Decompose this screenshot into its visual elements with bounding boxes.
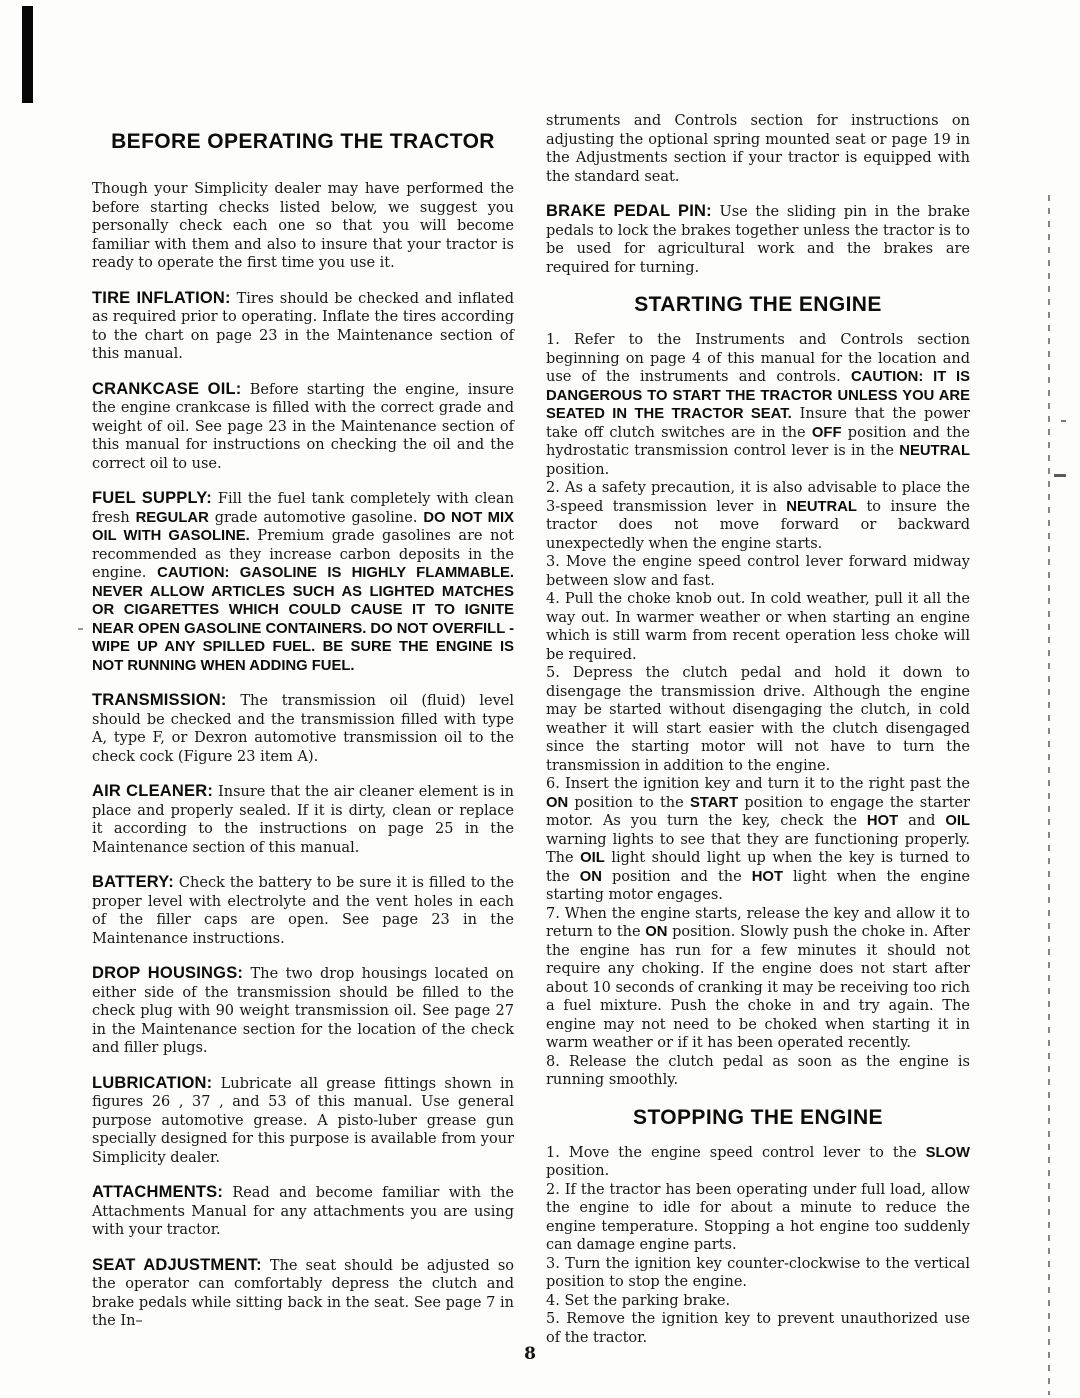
scan-artifact-tick: [1054, 474, 1066, 477]
stopping-step-2: 2. If the tractor has been operating und…: [546, 1181, 970, 1255]
stopping-step-5: 5. Remove the ignition key to prevent un…: [546, 1310, 970, 1347]
stopping-step-4: 4. Set the parking brake.: [546, 1292, 970, 1311]
page-number: 8: [0, 1344, 1060, 1364]
attachments-paragraph: ATTACHMENTS: Read and become familiar wi…: [92, 1183, 514, 1240]
air-cleaner-paragraph: AIR CLEANER: Insure that the air cleaner…: [92, 782, 514, 857]
starting-step-7: 7. When the engine starts, release the k…: [546, 905, 970, 1053]
scan-artifact-page-edge-line: [1048, 195, 1050, 1395]
scan-artifact-black-bar: [22, 6, 33, 103]
scan-artifact-speck: [78, 628, 83, 630]
starting-step-2: 2. As a safety precaution, it is also ad…: [546, 479, 970, 553]
stopping-the-engine-heading: STOPPING THE ENGINE: [546, 1106, 970, 1130]
brake-pedal-pin-paragraph: BRAKE PEDAL PIN: Use the sliding pin in …: [546, 202, 970, 277]
lubrication-paragraph: LUBRICATION: Lubricate all grease fittin…: [92, 1074, 514, 1168]
starting-step-1: 1. Refer to the Instruments and Controls…: [546, 331, 970, 479]
starting-step-6: 6. Insert the ignition key and turn it t…: [546, 775, 970, 905]
manual-page: BEFORE OPERATING THE TRACTOR Though your…: [0, 0, 1080, 1398]
tire-inflation-paragraph: TIRE INFLATION: Tires should be checked …: [92, 289, 514, 364]
stopping-step-3: 3. Turn the ignition key counter-clockwi…: [546, 1255, 970, 1292]
right-column: struments and Controls section for instr…: [546, 112, 970, 1347]
transmission-paragraph: TRANSMISSION: The transmission oil (flui…: [92, 691, 514, 766]
battery-paragraph: BATTERY: Check the battery to be sure it…: [92, 873, 514, 948]
seat-adjustment-paragraph: SEAT ADJUSTMENT: The seat should be adju…: [92, 1256, 514, 1331]
starting-the-engine-heading: STARTING THE ENGINE: [546, 293, 970, 317]
scan-artifact-tick: [1061, 420, 1066, 422]
starting-step-5: 5. Depress the clutch pedal and hold it …: [546, 664, 970, 775]
starting-step-8: 8. Release the clutch pedal as soon as t…: [546, 1053, 970, 1090]
starting-step-3: 3. Move the engine speed control lever f…: [546, 553, 970, 590]
seat-adjustment-continuation-paragraph: struments and Controls section for instr…: [546, 112, 970, 186]
before-operating-heading: BEFORE OPERATING THE TRACTOR: [92, 130, 514, 154]
fuel-supply-paragraph: FUEL SUPPLY: Fill the fuel tank complete…: [92, 489, 514, 675]
left-column: BEFORE OPERATING THE TRACTOR Though your…: [92, 130, 514, 1347]
starting-step-4: 4. Pull the choke knob out. In cold weat…: [546, 590, 970, 664]
stopping-step-1: 1. Move the engine speed control lever t…: [546, 1144, 970, 1181]
intro-paragraph: Though your Simplicity dealer may have p…: [92, 180, 514, 273]
drop-housings-paragraph: DROP HOUSINGS: The two drop housings loc…: [92, 964, 514, 1058]
crankcase-oil-paragraph: CRANKCASE OIL: Before starting the engin…: [92, 380, 514, 474]
